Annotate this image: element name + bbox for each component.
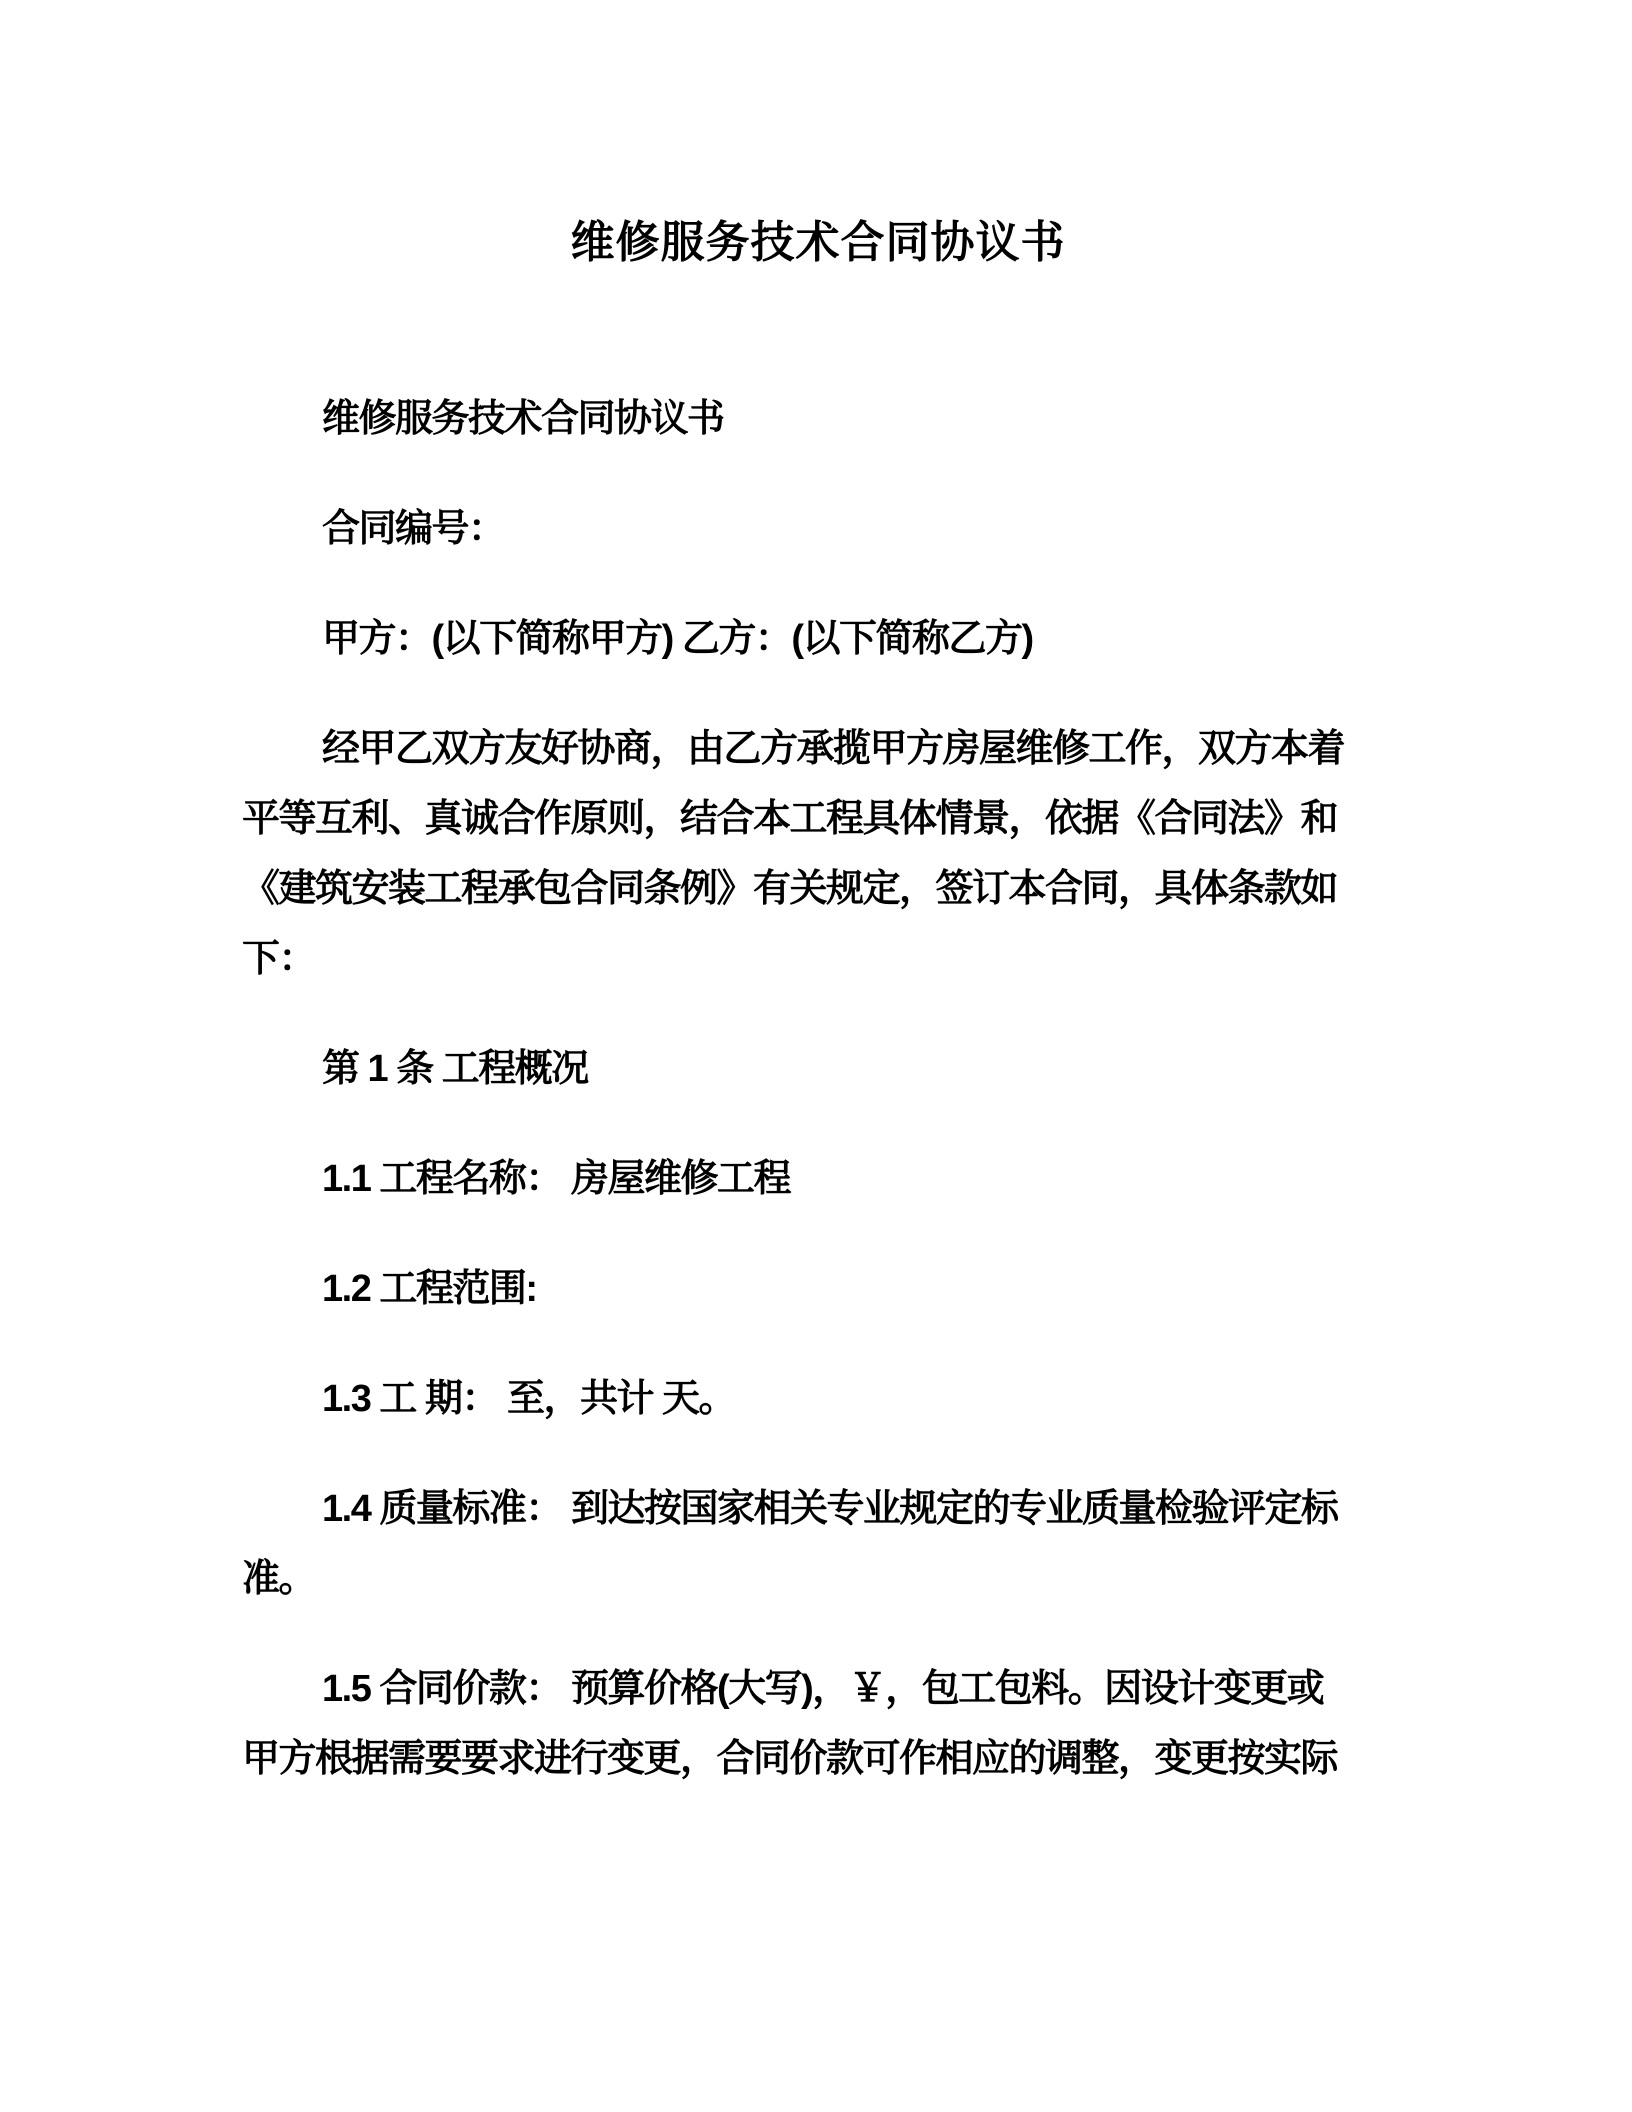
paragraph-contract-number: 合同编号： (242, 494, 1394, 564)
document-page: 维修服务技术合同协议书 维修服务技术合同协议书 合同编号： 甲方：(以下简称甲方… (0, 0, 1632, 2112)
doc-line: 1.1 工程名称： 房屋维修工程 (242, 1144, 1394, 1214)
doc-line: 准。 (242, 1544, 1394, 1614)
document-title: 维修服务技术合同协议书 (242, 215, 1394, 271)
paragraph-preamble: 经甲乙双方友好协商，由乙方承揽甲方房屋维修工作，双方本着 平等互利、真诚合作原则… (242, 714, 1394, 994)
doc-line: 1.5 合同价款： 预算价格(大写)，￥，包工包料。因设计变更或 (242, 1654, 1394, 1724)
doc-line: 平等互利、真诚合作原则，结合本工程具体情景，依据《合同法》和 (242, 784, 1394, 854)
doc-line: 合同编号： (242, 494, 1394, 564)
doc-line: 《建筑安装工程承包合同条例》有关规定，签订本合同，具体条款如 (242, 854, 1394, 924)
paragraph-parties: 甲方：(以下简称甲方) 乙方：(以下简称乙方) (242, 604, 1394, 674)
paragraph: 维修服务技术合同协议书 (242, 384, 1394, 454)
doc-line: 甲方：(以下简称甲方) 乙方：(以下简称乙方) (242, 604, 1394, 674)
paragraph-article-1-heading: 第 1 条 工程概况 (242, 1034, 1394, 1104)
paragraph-clause-1-2: 1.2 工程范围: (242, 1254, 1394, 1324)
paragraph-clause-1-3: 1.3 工 期： 至，共计 天。 (242, 1364, 1394, 1434)
doc-line: 1.3 工 期： 至，共计 天。 (242, 1364, 1394, 1434)
paragraph-clause-1-1: 1.1 工程名称： 房屋维修工程 (242, 1144, 1394, 1214)
doc-line: 下： (242, 924, 1394, 994)
paragraph-clause-1-5: 1.5 合同价款： 预算价格(大写)，￥，包工包料。因设计变更或 甲方根据需要要… (242, 1654, 1394, 1794)
doc-line: 维修服务技术合同协议书 (242, 384, 1394, 454)
doc-line: 1.4 质量标准： 到达按国家相关专业规定的专业质量检验评定标 (242, 1474, 1394, 1544)
doc-line: 1.2 工程范围: (242, 1254, 1394, 1324)
doc-line: 经甲乙双方友好协商，由乙方承揽甲方房屋维修工作，双方本着 (242, 714, 1394, 784)
doc-line: 第 1 条 工程概况 (242, 1034, 1394, 1104)
paragraph-clause-1-4: 1.4 质量标准： 到达按国家相关专业规定的专业质量检验评定标 准。 (242, 1474, 1394, 1614)
doc-line: 甲方根据需要要求进行变更，合同价款可作相应的调整，变更按实际 (242, 1724, 1394, 1794)
